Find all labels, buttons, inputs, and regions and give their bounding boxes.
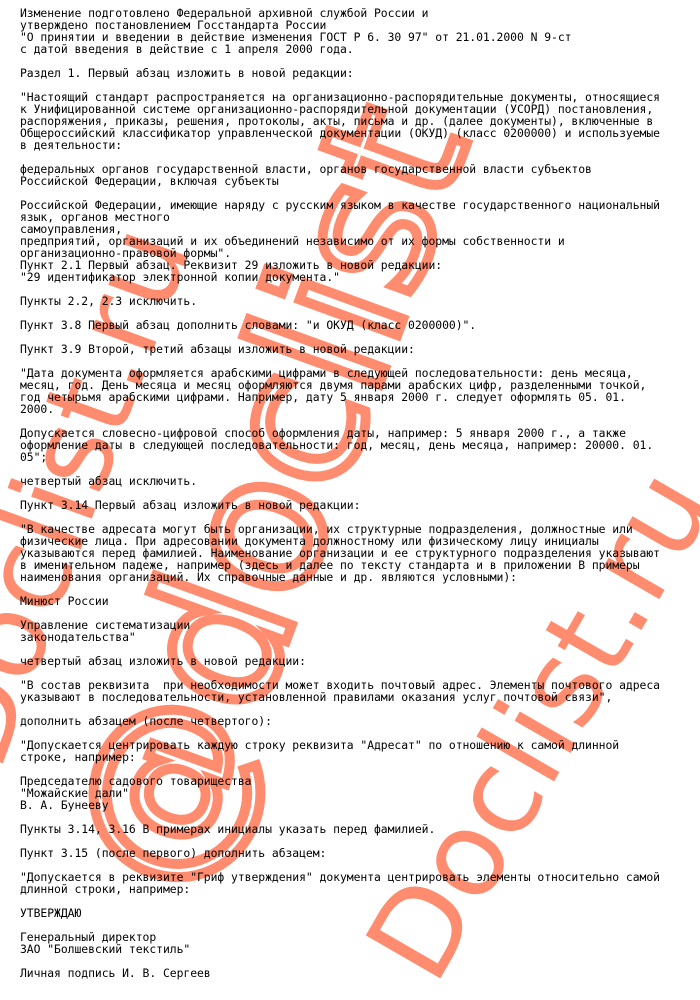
text-line: язык, органов местного bbox=[20, 211, 700, 223]
blank-line bbox=[20, 583, 700, 595]
document-body: Изменение подготовлено Федеральной архив… bbox=[20, 7, 700, 979]
text-line: "Можайские дали" bbox=[20, 787, 700, 799]
text-line: Пункты 3.14, 3.16 В примерах инициалы ук… bbox=[20, 823, 700, 835]
text-line: Российской Федерации, включая субъекты bbox=[20, 175, 700, 187]
text-line: указывают в последовательности, установл… bbox=[20, 691, 700, 703]
text-line: оформление даты в следующей последовател… bbox=[20, 439, 700, 451]
text-line: ЗАО "Болшевский текстиль" bbox=[20, 943, 700, 955]
text-line: наименования организаций. Их справочные … bbox=[20, 571, 700, 583]
text-line: Раздел 1. Первый абзац изложить в новой … bbox=[20, 67, 700, 79]
text-line: Минюст России bbox=[20, 595, 700, 607]
text-line: УТВЕРЖДАЮ bbox=[20, 907, 700, 919]
text-line: В. А. Бунееву bbox=[20, 799, 700, 811]
text-line: дополнить абзацем (после четвертого): bbox=[20, 715, 700, 727]
text-line: Пункт 3.9 Второй, третий абзацы изложить… bbox=[20, 343, 700, 355]
text-line: с датой введения в действие с 1 апреля 2… bbox=[20, 43, 700, 55]
text-line: Пункт 3.14 Первый абзац изложить в новой… bbox=[20, 499, 700, 511]
text-line: Личная подпись И. В. Сергеев bbox=[20, 967, 700, 979]
text-line: 2000. bbox=[20, 403, 700, 415]
text-line: Пункт 3.15 (после первого) дополнить абз… bbox=[20, 847, 700, 859]
text-line: Пункты 2.2, 2.3 исключить. bbox=[20, 295, 700, 307]
text-line: 05"; bbox=[20, 451, 700, 463]
text-line: строке, например: bbox=[20, 751, 700, 763]
text-line: четвертый абзац исключить. bbox=[20, 475, 700, 487]
text-line: законодательства" bbox=[20, 631, 700, 643]
blank-line bbox=[20, 895, 700, 907]
text-line: четвертый абзац изложить в новой редакци… bbox=[20, 655, 700, 667]
text-line: "29 идентификатор электронной копии доку… bbox=[20, 271, 700, 283]
text-line: Пункт 3.8 Первый абзац дополнить словами… bbox=[20, 319, 700, 331]
text-line: длинной строки, например: bbox=[20, 883, 700, 895]
text-line: Общероссийский классификатор управленчес… bbox=[20, 127, 700, 139]
text-line: год четырьмя арабскими цифрами. Например… bbox=[20, 391, 700, 403]
text-line: в деятельности: bbox=[20, 139, 700, 151]
